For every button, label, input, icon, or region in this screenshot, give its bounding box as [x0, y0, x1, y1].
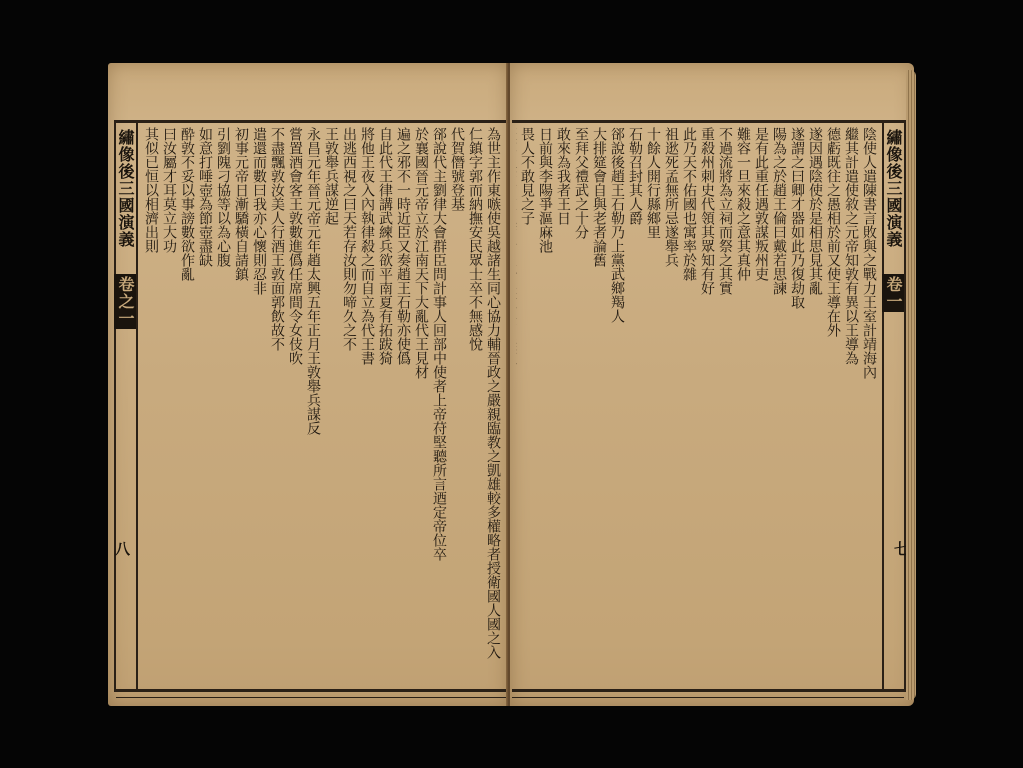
book-spread: 繡像後三國演義 卷之一 為世主作東嗾使吳越諸生同心協力輔晉政之嚴親臨教之凱雄較多…	[0, 0, 1023, 768]
text-column: 代賀僭號登基	[449, 127, 465, 685]
text-column: 永昌元年晉元帝元年趙太興五年正月王敦舉兵謀反	[305, 127, 321, 685]
text-column: 如意打唾壺為節壺盡缺	[197, 127, 213, 685]
text-column: 曰汝屬才耳莫立大功	[161, 127, 177, 685]
text-column: 繼其計遣使敘之元帝知敦有異以王導為	[843, 127, 859, 685]
left-folio: 八	[112, 541, 133, 556]
text-column: 郤說後趙王石勒乃上黨武鄉羯人	[609, 127, 625, 685]
margin-book-title: 繡像後三國演義	[116, 129, 135, 248]
text-column: 遂因遇陰使於是相思見其亂	[807, 127, 823, 685]
right-margin-title: 繡像後三國演義 卷一	[882, 123, 904, 689]
text-column: 陽為之於趙王倫曰戴若思諫	[771, 127, 787, 685]
text-column: 陰使人遣陳書言敗與之戰力王室計靖海內	[861, 127, 877, 685]
text-column: 難容一旦來殺之意其真仲	[735, 127, 751, 685]
text-column: 引劉隗刁協等以為心腹	[215, 127, 231, 685]
text-column: 初事元帝日漸驕橫自請鎮	[233, 127, 249, 685]
text-column: 嘗置酒會客王敦數進僞任席間令女伎吹	[287, 127, 303, 685]
text-column: 德虧既往之愚相於前又使王導在外	[825, 127, 841, 685]
text-column: 石勒召封其人爵	[627, 127, 643, 685]
text-column: 敢來為我者王日	[555, 127, 571, 685]
margin-book-title: 繡像後三國演義	[884, 129, 903, 248]
text-column: 仁鎮字郭而納撫安民眾士卒不無感悅	[467, 127, 483, 685]
text-column: 王敦舉兵謀逆起	[323, 127, 339, 685]
text-column: 出逃西視之曰天若存汝則勿啼久之不	[341, 127, 357, 685]
text-column: 不過流將為立祠而祭之其實	[717, 127, 733, 685]
margin-volume: 卷之一	[114, 274, 136, 329]
text-column: 是有此重任遇敦謀叛州吏	[753, 127, 769, 685]
text-column: 大排筵會自與老者論舊	[591, 127, 607, 685]
right-text-area: 陰使人遣陳書言敗與之戰力王室計靖海內繼其計遣使敘之元帝知敦有異以王導為德虧既往之…	[516, 127, 878, 685]
left-page: 繡像後三國演義 卷之一 為世主作東嗾使吳越諸生同心協力輔晉政之嚴親臨教之凱雄較多…	[108, 63, 508, 706]
text-column: 遣還而數曰我亦心懷則忍非	[251, 127, 267, 685]
text-column: 遍之邪不一時近臣又奏趙王石勒亦使僞	[395, 127, 411, 685]
text-column: 自此代王律講武練兵欲平南夏有拓跋猗	[377, 127, 393, 685]
left-text-area: 為世主作東嗾使吳越諸生同心協力輔晉政之嚴親臨教之凱雄較多權略者授衛國人國之入仁鎮…	[142, 127, 502, 685]
text-column: 畏人不敢見之子	[519, 127, 535, 685]
text-column: 不盡飄敦汝美人行酒王敦面郭飲故不	[269, 127, 285, 685]
text-column: 遂謂之曰卿才器如此乃復劫取	[789, 127, 805, 685]
margin-volume: 卷一	[882, 274, 904, 312]
text-column: 酔敦不妥以事謗數欲作亂	[179, 127, 195, 685]
text-column: 十餘人開行縣鄉里	[645, 127, 661, 685]
text-column: 其似已恒以相濟出則	[143, 127, 159, 685]
text-column: 為世主作東嗾使吳越諸生同心協力輔晉政之嚴親臨教之凱雄較多權略者授衛國人國之入	[485, 127, 501, 685]
text-column: 祖逖死孟無所忌遂舉兵	[663, 127, 679, 685]
text-column: 至拜父禮武之十分	[573, 127, 589, 685]
text-column: 於襄國晉元帝立於江南天下大亂代王見材	[413, 127, 429, 685]
text-column: 此乃天不佑國也寓率於雜	[681, 127, 697, 685]
left-margin-title: 繡像後三國演義 卷之一	[116, 123, 138, 689]
right-page: 陰使人遣陳書言敗與之戰力王室計靖海內繼其計遣使敘之元帝知敦有異以王導為德虧既往之…	[510, 63, 914, 706]
text-column: 郤說代主劉律大會群臣問計事人回部中使者上帝苻堅聽所言迺定帝位卒	[431, 127, 447, 685]
text-column: 重殺州刺史代領其眾知有好	[699, 127, 715, 685]
text-column: 將他王夜入內執律殺之而自立為代王書	[359, 127, 375, 685]
text-column: 醴郊祖宗廟宣亂酒行之於是數年間無復	[516, 127, 517, 685]
text-column: 日前與李陽爭漚麻池	[537, 127, 553, 685]
right-page-frame: 陰使人遣陳書言敗與之戰力王室計靖海內繼其計遣使敘之元帝知敦有異以王導為德虧既往之…	[512, 120, 906, 692]
left-page-frame: 繡像後三國演義 卷之一 為世主作東嗾使吳越諸生同心協力輔晉政之嚴親臨教之凱雄較多…	[114, 120, 506, 692]
page-edges	[906, 70, 916, 700]
